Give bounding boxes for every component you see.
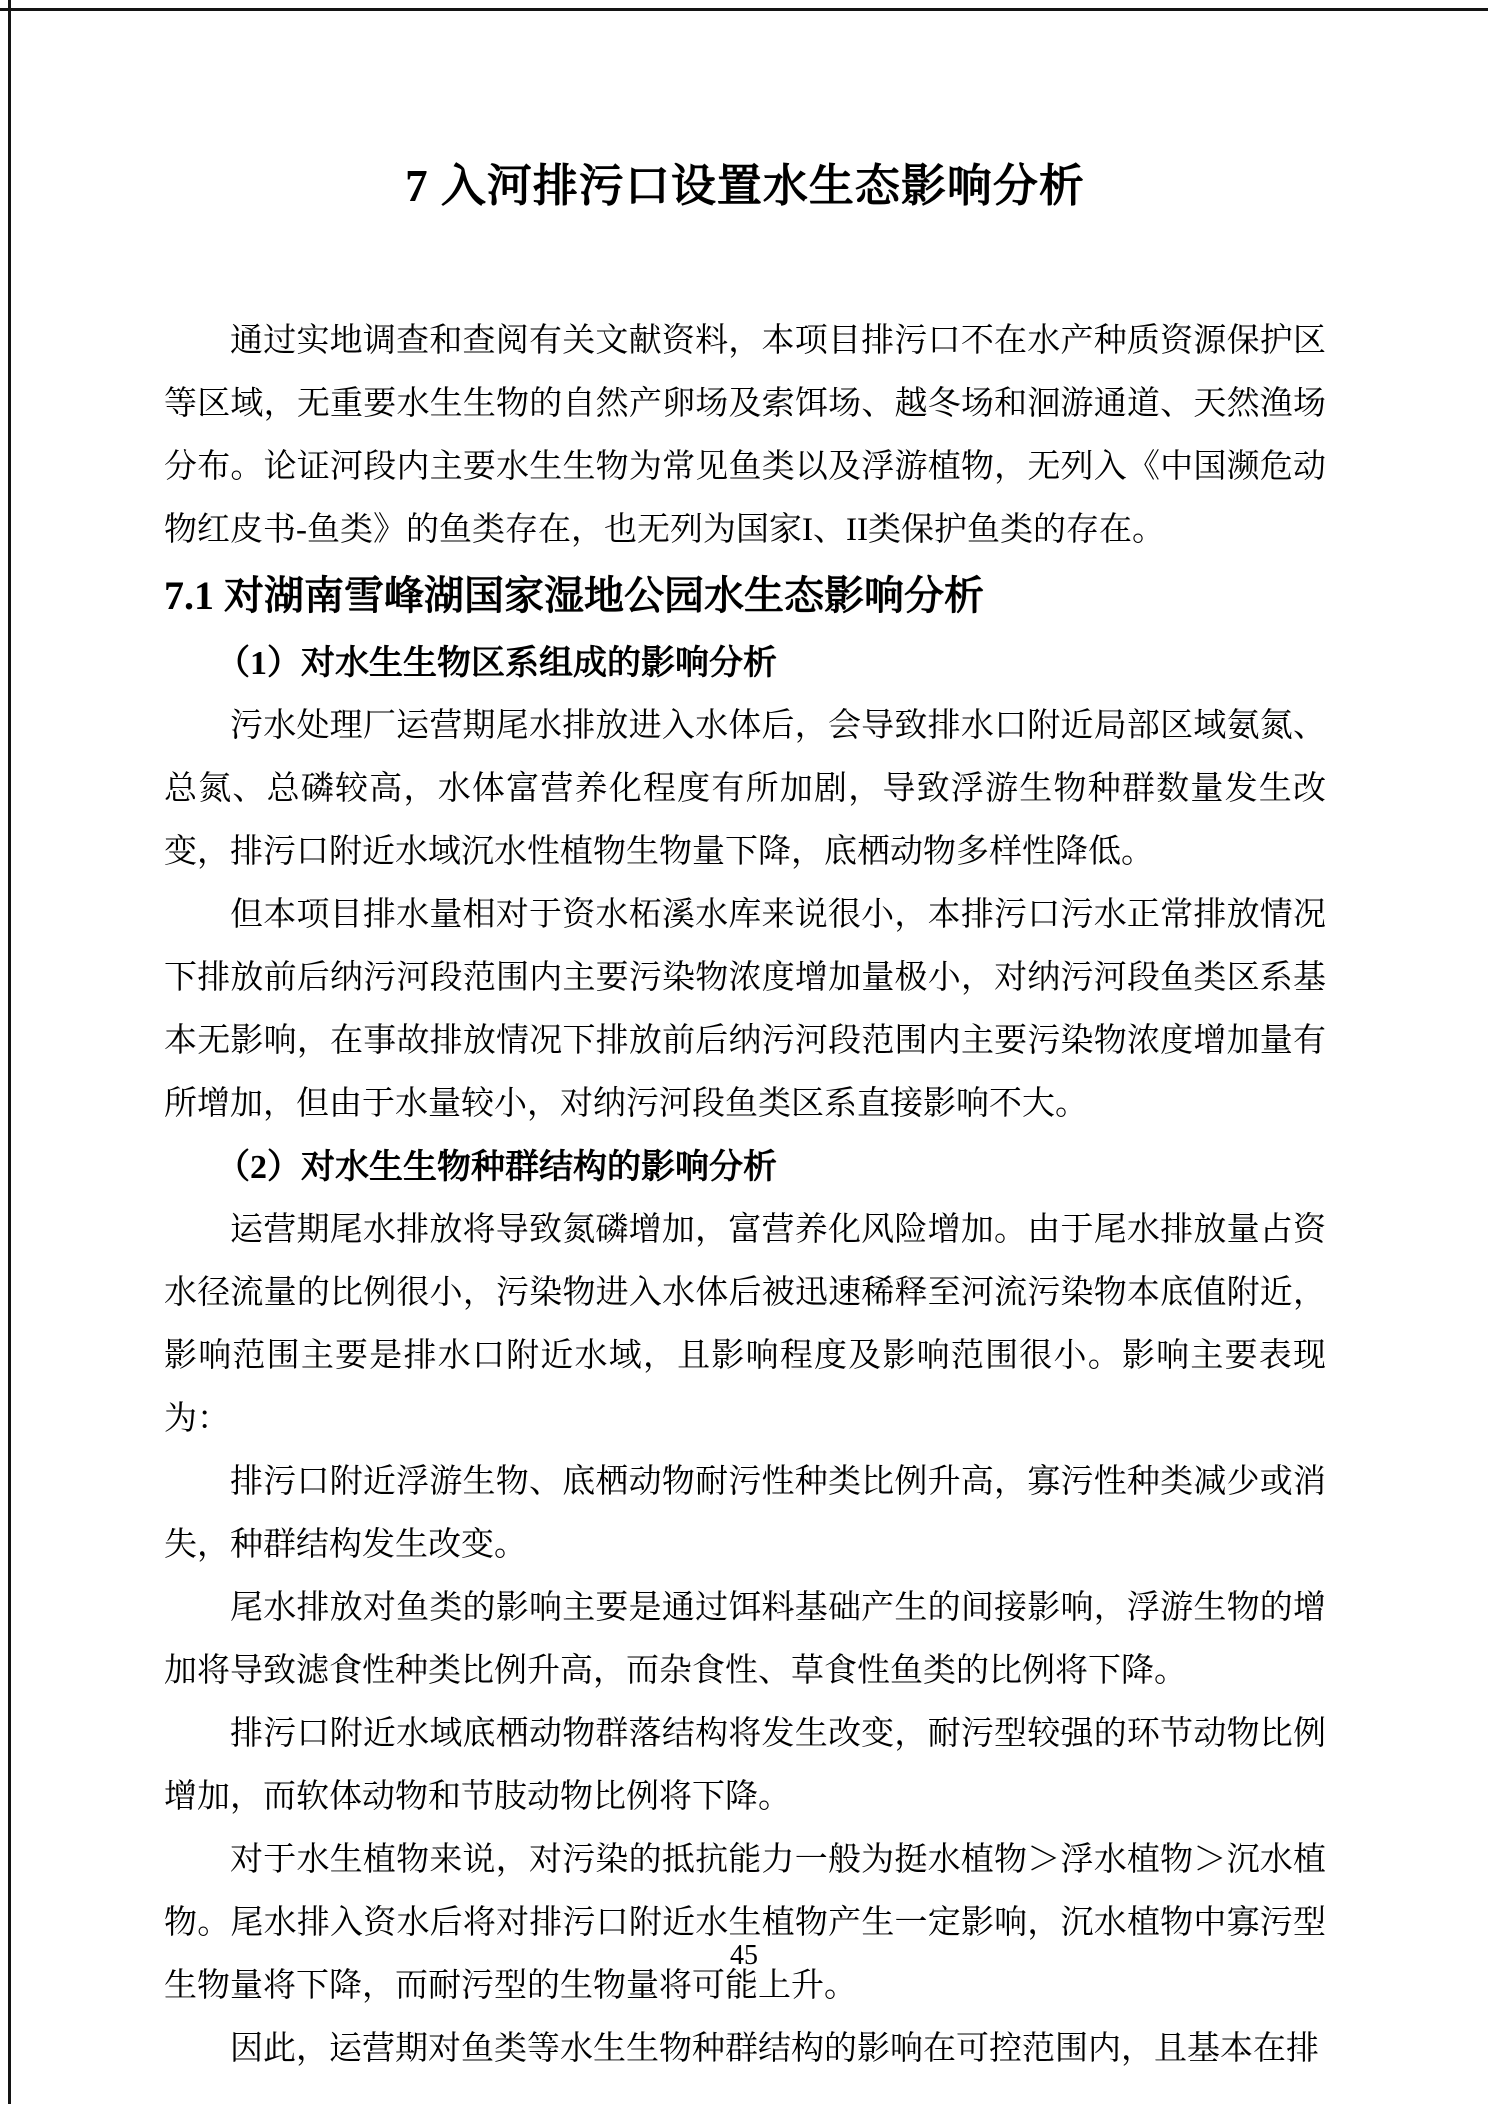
subsection-1-paragraph-2: 但本项目排水量相对于资水柘溪水库来说很小，本排污口污水正常排放情况下排放前后纳污… [164,884,1326,1136]
scan-artifact-top-line [0,8,1488,11]
subsection-2-paragraph-6: 因此，运营期对鱼类等水生生物种群结构的影响在可控范围内，且基本在排 [164,2018,1326,2081]
subsection-2-heading: （2）对水生生物种群结构的影响分析 [164,1136,1326,1199]
subsection-1-heading: （1）对水生生物区系组成的影响分析 [164,632,1326,695]
intro-paragraph: 通过实地调查和查阅有关文献资料，本项目排污口不在水产种质资源保护区等区域，无重要… [164,310,1326,562]
subsection-2-paragraph-3: 尾水排放对鱼类的影响主要是通过饵料基础产生的间接影响，浮游生物的增加将导致滤食性… [164,1577,1326,1703]
subsection-2-paragraph-2: 排污口附近浮游生物、底栖动物耐污性种类比例升高，寡污性种类减少或消失，种群结构发… [164,1451,1326,1577]
subsection-2-paragraph-5: 对于水生植物来说，对污染的抵抗能力一般为挺水植物＞浮水植物＞沉水植物。尾水排入资… [164,1829,1326,2018]
subsection-2-paragraph-4: 排污口附近水域底栖动物群落结构将发生改变，耐污型较强的环节动物比例增加，而软体动… [164,1703,1326,1829]
chapter-title: 7 入河排污口设置水生态影响分析 [164,148,1326,224]
page-number: 45 [0,1940,1488,1972]
scan-artifact-left-line [8,0,11,2104]
document-page: 7 入河排污口设置水生态影响分析 通过实地调查和查阅有关文献资料，本项目排污口不… [0,0,1488,2104]
subsection-1-paragraph-1: 污水处理厂运营期尾水排放进入水体后，会导致排水口附近局部区域氨氮、总氮、总磷较高… [164,695,1326,884]
subsection-2-paragraph-1: 运营期尾水排放将导致氮磷增加，富营养化风险增加。由于尾水排放量占资水径流量的比例… [164,1199,1326,1451]
page-content: 7 入河排污口设置水生态影响分析 通过实地调查和查阅有关文献资料，本项目排污口不… [164,148,1326,2081]
section-7-1-heading: 7.1 对湖南雪峰湖国家湿地公园水生态影响分析 [164,564,1326,628]
